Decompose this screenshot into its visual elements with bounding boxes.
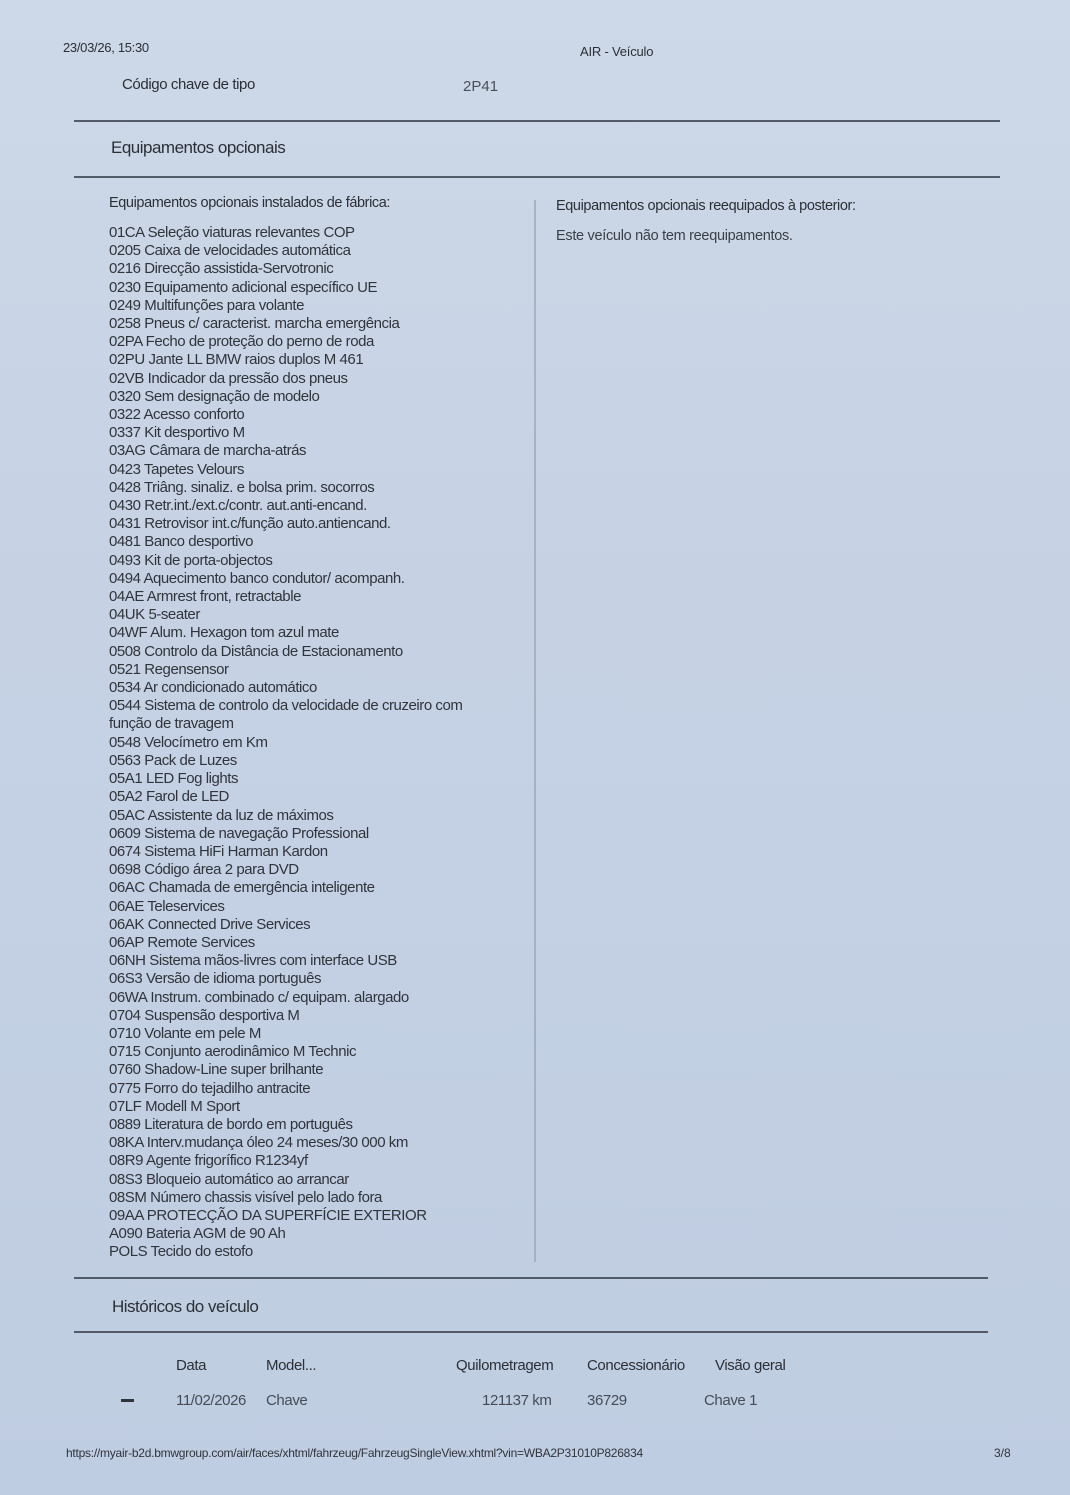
column-header-model[interactable]: Model... (266, 1357, 316, 1374)
list-item: 0534 Ar condicionado automático (109, 679, 519, 697)
list-item: 0430 Retr.int./ext.c/contr. aut.anti-enc… (109, 497, 519, 515)
print-datetime: 23/03/26, 15:30 (63, 40, 149, 55)
list-item: 02PU Jante LL BMW raios duplos M 461 (109, 351, 519, 369)
list-item: 02PA Fecho de proteção do perno de roda (109, 333, 519, 351)
retrofit-empty-message: Este veículo não tem reequipamentos. (556, 228, 793, 244)
document-title: AIR - Veículo (580, 44, 653, 59)
divider (74, 120, 1000, 122)
list-item: 04AE Armrest front, retractable (109, 588, 519, 606)
list-item: 0760 Shadow-Line super brilhante (109, 1061, 519, 1079)
list-item: 0481 Banco desportivo (109, 533, 519, 551)
list-item: 0249 Multifunções para volante (109, 297, 519, 315)
list-item: 0337 Kit desportivo M (109, 424, 519, 442)
cell-overview: Chave 1 (704, 1392, 757, 1409)
retrofit-equipment-heading: Equipamentos opcionais reequipados à pos… (556, 198, 856, 214)
cell-model: Chave (266, 1392, 307, 1409)
list-item: 0521 Regensensor (109, 661, 519, 679)
list-item: 05AC Assistente da luz de máximos (109, 807, 519, 825)
list-item: 06WA Instrum. combinado c/ equipam. alar… (109, 989, 519, 1007)
factory-equipment-list: 01CA Seleção viaturas relevantes COP0205… (109, 224, 519, 1262)
list-item: 0704 Suspensão desportiva M (109, 1007, 519, 1025)
list-item: 06AE Teleservices (109, 898, 519, 916)
column-header-dealer[interactable]: Concessionário (587, 1357, 685, 1374)
list-item: 0230 Equipamento adicional específico UE (109, 279, 519, 297)
minus-icon[interactable] (121, 1399, 134, 1402)
list-item: função de travagem (109, 715, 519, 733)
divider (74, 1331, 988, 1333)
column-header-mileage[interactable]: Quilometragem (456, 1357, 553, 1374)
list-item: 0674 Sistema HiFi Harman Kardon (109, 843, 519, 861)
column-header-overview[interactable]: Visão geral (715, 1357, 785, 1374)
list-item: 0889 Literatura de bordo em português (109, 1116, 519, 1134)
list-item: 0609 Sistema de navegação Professional (109, 825, 519, 843)
page-number: 3/8 (994, 1446, 1011, 1460)
section-title-optional-equipment: Equipamentos opcionais (111, 138, 285, 158)
list-item: 0508 Controlo da Distância de Estacionam… (109, 643, 519, 661)
column-divider (534, 200, 536, 1262)
list-item: 0715 Conjunto aerodinâmico M Technic (109, 1043, 519, 1061)
list-item: 0431 Retrovisor int.c/função auto.antien… (109, 515, 519, 533)
section-title-vehicle-history: Históricos do veículo (112, 1297, 258, 1317)
list-item: 08R9 Agente frigorífico R1234yf (109, 1152, 519, 1170)
factory-equipment-heading: Equipamentos opcionais instalados de fáb… (109, 195, 390, 211)
list-item: 0494 Aquecimento banco condutor/ acompan… (109, 570, 519, 588)
list-item: 0544 Sistema de controlo da velocidade d… (109, 697, 519, 715)
list-item: 0548 Velocímetro em Km (109, 734, 519, 752)
list-item: 04WF Alum. Hexagon tom azul mate (109, 624, 519, 642)
list-item: 0775 Forro do tejadilho antracite (109, 1080, 519, 1098)
list-item: 06AP Remote Services (109, 934, 519, 952)
list-item: 0216 Direcção assistida-Servotronic (109, 260, 519, 278)
divider (74, 176, 1000, 178)
list-item: 05A1 LED Fog lights (109, 770, 519, 788)
column-header-date[interactable]: Data (176, 1357, 206, 1374)
list-item: A090 Bateria AGM de 90 Ah (109, 1225, 519, 1243)
list-item: 05A2 Farol de LED (109, 788, 519, 806)
list-item: 0698 Código área 2 para DVD (109, 861, 519, 879)
list-item: 03AG Câmara de marcha-atrás (109, 442, 519, 460)
list-item: 06AK Connected Drive Services (109, 916, 519, 934)
list-item: 0320 Sem designação de modelo (109, 388, 519, 406)
list-item: 0710 Volante em pele M (109, 1025, 519, 1043)
list-item: 06S3 Versão de idioma português (109, 970, 519, 988)
list-item: 0322 Acesso conforto (109, 406, 519, 424)
list-item: 0258 Pneus c/ caracterist. marcha emergê… (109, 315, 519, 333)
page-url: https://myair-b2d.bmwgroup.com/air/faces… (66, 1446, 643, 1460)
list-item: 08SM Número chassis visível pelo lado fo… (109, 1189, 519, 1207)
list-item: 02VB Indicador da pressão dos pneus (109, 370, 519, 388)
list-item: 06AC Chamada de emergência inteligente (109, 879, 519, 897)
list-item: 08S3 Bloqueio automático ao arrancar (109, 1171, 519, 1189)
divider (74, 1277, 988, 1279)
type-key-value: 2P41 (463, 78, 498, 95)
list-item: POLS Tecido do estofo (109, 1243, 519, 1261)
cell-date: 11/02/2026 (176, 1392, 246, 1409)
list-item: 0423 Tapetes Velours (109, 461, 519, 479)
list-item: 04UK 5-seater (109, 606, 519, 624)
cell-dealer: 36729 (587, 1392, 627, 1409)
list-item: 0563 Pack de Luzes (109, 752, 519, 770)
list-item: 09AA PROTECÇÃO DA SUPERFÍCIE EXTERIOR (109, 1207, 519, 1225)
cell-mileage: 121137 km (482, 1392, 552, 1409)
list-item: 0205 Caixa de velocidades automática (109, 242, 519, 260)
list-item: 08KA Interv.mudança óleo 24 meses/30 000… (109, 1134, 519, 1152)
list-item: 01CA Seleção viaturas relevantes COP (109, 224, 519, 242)
type-key-label: Código chave de tipo (122, 76, 255, 93)
list-item: 0428 Triâng. sinaliz. e bolsa prim. soco… (109, 479, 519, 497)
list-item: 06NH Sistema mãos-livres com interface U… (109, 952, 519, 970)
list-item: 07LF Modell M Sport (109, 1098, 519, 1116)
list-item: 0493 Kit de porta-objectos (109, 552, 519, 570)
